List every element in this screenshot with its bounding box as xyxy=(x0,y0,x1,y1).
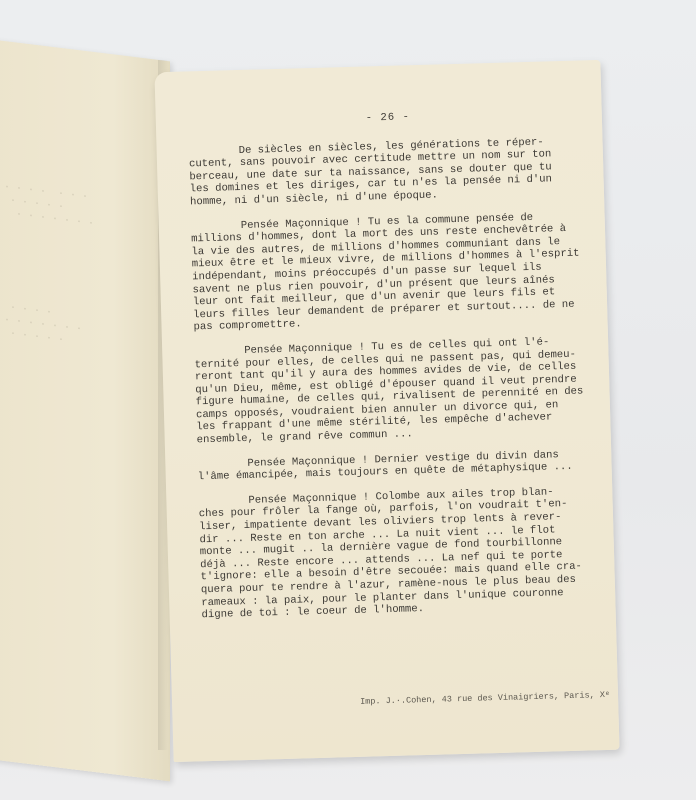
paragraph: De siècles en siècles, les générations t… xyxy=(189,135,591,209)
bleed-through-text: · · · · · · · · · · · · · · · · xyxy=(4,301,82,350)
paragraph-text: Pensée Maçonnique ! Colombe aux ailes tr… xyxy=(199,486,582,621)
printer-imprint: Imp. J.·.Cohen, 43 rue des Vinaigriers, … xyxy=(360,690,610,707)
bleed-through-text: · · · · · · · · · · · · · · · · · · · xyxy=(4,181,94,231)
paragraph: Pensée Maçonnique ! Tu es la commune pen… xyxy=(191,210,594,334)
right-page: - 26 - De siècles en siècles, les généra… xyxy=(154,60,619,762)
page-number: - 26 - xyxy=(188,106,588,130)
paragraph: Pensée Maçonnique ! Tu es de celles qui … xyxy=(194,335,597,447)
paragraph: Pensée Maçonnique ! Colombe aux ailes tr… xyxy=(198,485,601,622)
paragraph-text: Pensée Maçonnique ! Tu es la commune pen… xyxy=(191,211,580,333)
page-content: - 26 - De siècles en siècles, les généra… xyxy=(188,106,602,634)
left-page: · · · · · · · · · · · · · · · · · · · · … xyxy=(0,38,170,781)
paragraph: Pensée Maçonnique ! Dernier vestige du d… xyxy=(197,448,598,484)
paragraph-text: De siècles en siècles, les générations t… xyxy=(189,136,552,208)
paragraph-text: Pensée Maçonnique ! Tu es de celles qui … xyxy=(194,336,583,446)
paragraph-text: Pensée Maçonnique ! Dernier vestige du d… xyxy=(198,449,573,484)
